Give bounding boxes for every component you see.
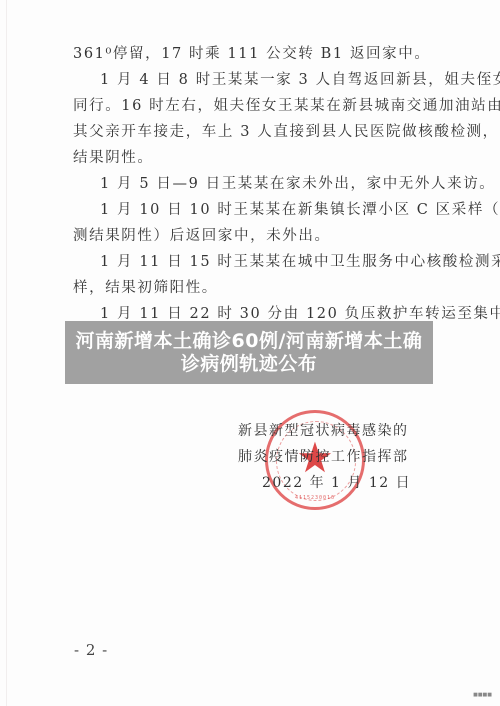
paragraph-line-0: 361⁰停留，17 时乘 111 公交转 B1 返回家中。 [73,42,430,63]
paragraph-line-2: 同行。16 时左右，姐夫侄女王某某在新县城南交通加油站由 [73,94,500,115]
paragraph-line-3: 其父亲开车接走，车上 3 人直接到县人民医院做核酸检测， [73,120,499,141]
paragraph-line-9: 样，结果初筛阳性。 [73,276,218,297]
headline-title: 河南新增本土确诊60例/河南新增本土确诊病例轨迹公布 [69,330,429,376]
signature-org-line2: 肺炎疫情防控工作指挥部 [238,446,409,466]
paragraph-line-1: 1 月 4 日 8 时王某某一家 3 人自驾返回新县，姐夫侄女 [100,68,500,89]
paragraph-line-10: 1 月 11 日 22 时 30 分由 120 负压救护车转运至集中隔离 [100,302,500,323]
paragraph-line-6: 1 月 10 日 10 时王某某在新集镇长潭小区 C 区采样（检 [100,198,500,219]
watermark: ■■■■ [473,692,492,698]
signature-date: 2022 年 1 月 12 日 [262,472,411,492]
paragraph-line-7: 测结果阴性）后返回家中，未外出。 [73,224,331,245]
scan-edge [6,0,7,706]
page-number: - 2 - [74,641,108,659]
document-page: 361⁰停留，17 时乘 111 公交转 B1 返回家中。 1 月 4 日 8 … [0,0,500,706]
paragraph-line-8: 1 月 11 日 15 时王某某在城中卫生服务中心核酸检测采 [100,250,500,271]
signature-org-line1: 新县新型冠状病毒感染的 [238,420,409,440]
paragraph-line-5: 1 月 5 日—9 日王某某在家未外出，家中无外人来访。 [100,172,495,193]
seal-code: 4115230016 [268,495,362,501]
headline-overlay: 河南新增本土确诊60例/河南新增本土确诊病例轨迹公布 [65,321,433,384]
paragraph-line-4: 结果阴性。 [73,146,154,167]
